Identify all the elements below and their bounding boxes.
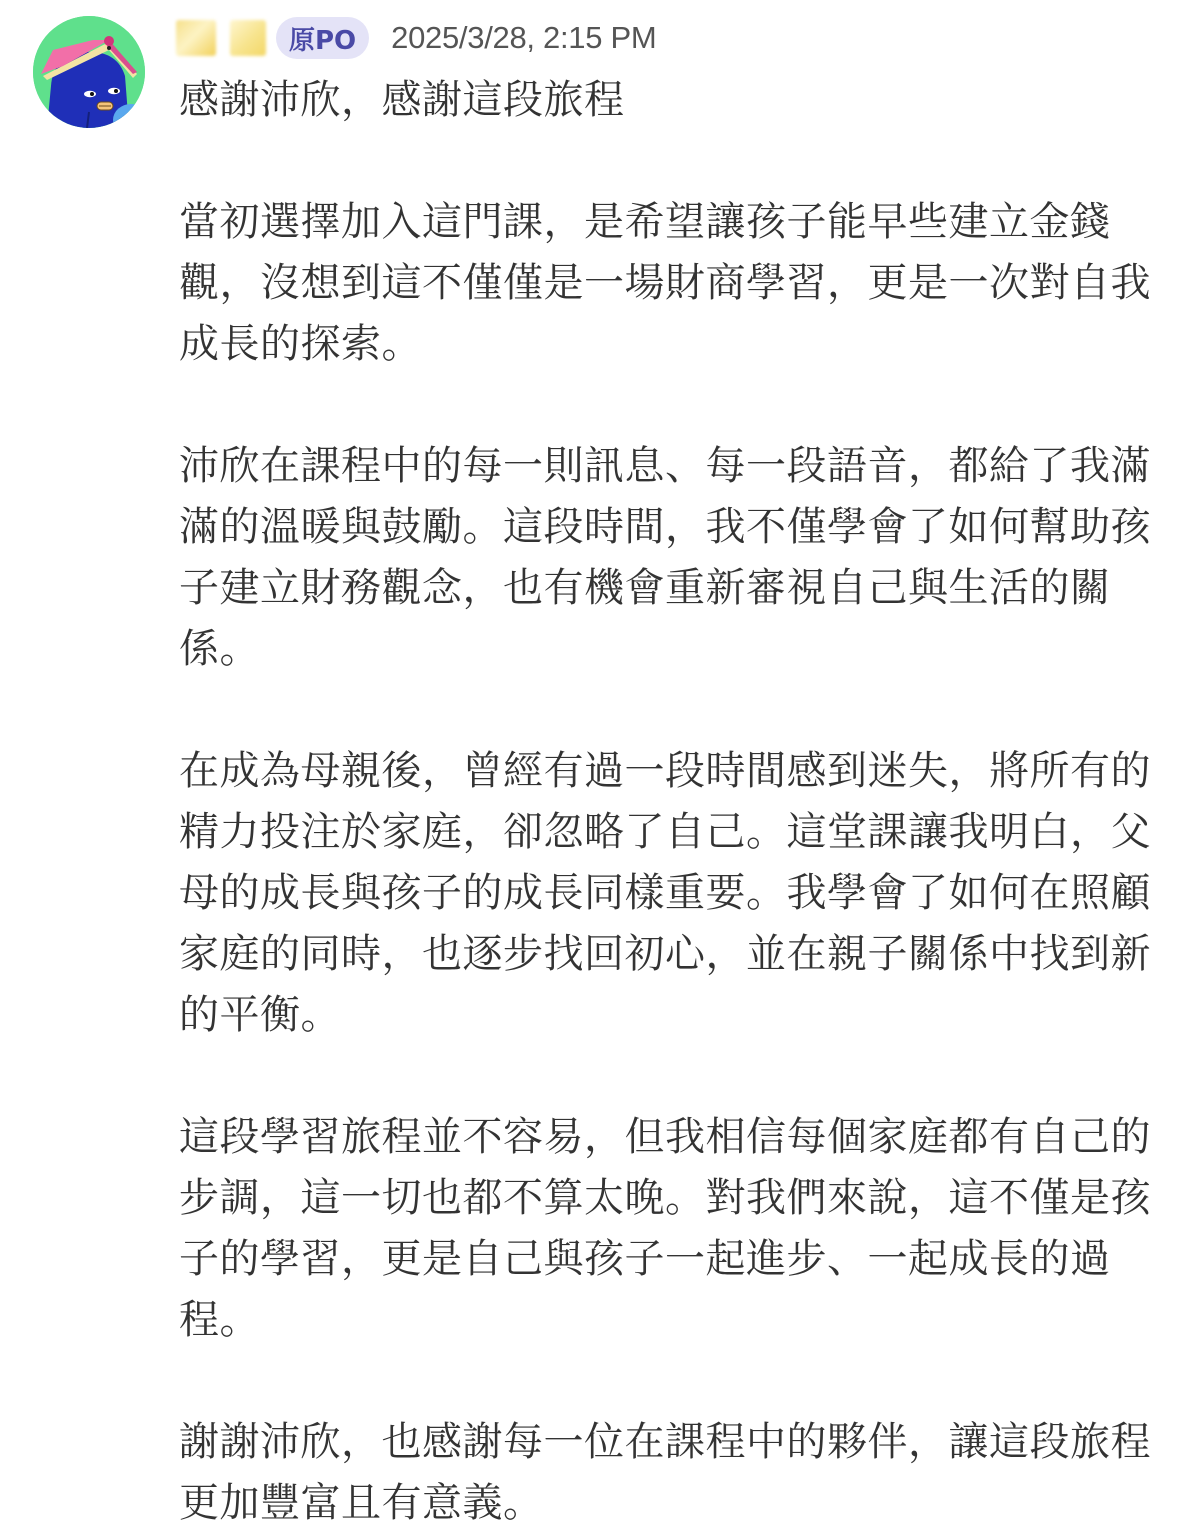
post-title: 感謝沛欣，感謝這段旅程 [179, 70, 1169, 131]
penguin-avatar-icon [33, 16, 145, 128]
post-paragraph: 沛欣在課程中的每一則訊息、每一段語音，都給了我滿滿的溫暖與鼓勵。這段時間，我不僅… [179, 436, 1169, 680]
post-paragraph: 在成為母親後，曾經有過一段時間感到迷失，將所有的精力投注於家庭，卻忽略了自己。這… [179, 741, 1169, 1046]
user-avatar[interactable] [33, 16, 145, 128]
post-header: 原PO 2025/3/28, 2:15 PM [176, 14, 656, 62]
username-redacted[interactable] [176, 18, 266, 58]
comment-post: 原PO 2025/3/28, 2:15 PM 感謝沛欣，感謝這段旅程 當初選擇加… [0, 0, 1200, 1535]
post-paragraph: 謝謝沛欣，也感謝每一位在課程中的夥伴，讓這段旅程更加豐富且有意義。 [179, 1412, 1169, 1534]
op-badge: 原PO [276, 17, 369, 59]
post-timestamp: 2025/3/28, 2:15 PM [391, 20, 656, 56]
redacted-block [230, 20, 266, 56]
redacted-block [176, 20, 216, 56]
post-content: 感謝沛欣，感謝這段旅程 當初選擇加入這門課，是希望讓孩子能早些建立金錢觀，沒想到… [179, 70, 1169, 1534]
post-paragraph: 這段學習旅程並不容易，但我相信每個家庭都有自己的步調，這一切也都不算太晚。對我們… [179, 1107, 1169, 1351]
post-paragraph: 當初選擇加入這門課，是希望讓孩子能早些建立金錢觀，沒想到這不僅僅是一場財商學習，… [179, 192, 1169, 375]
